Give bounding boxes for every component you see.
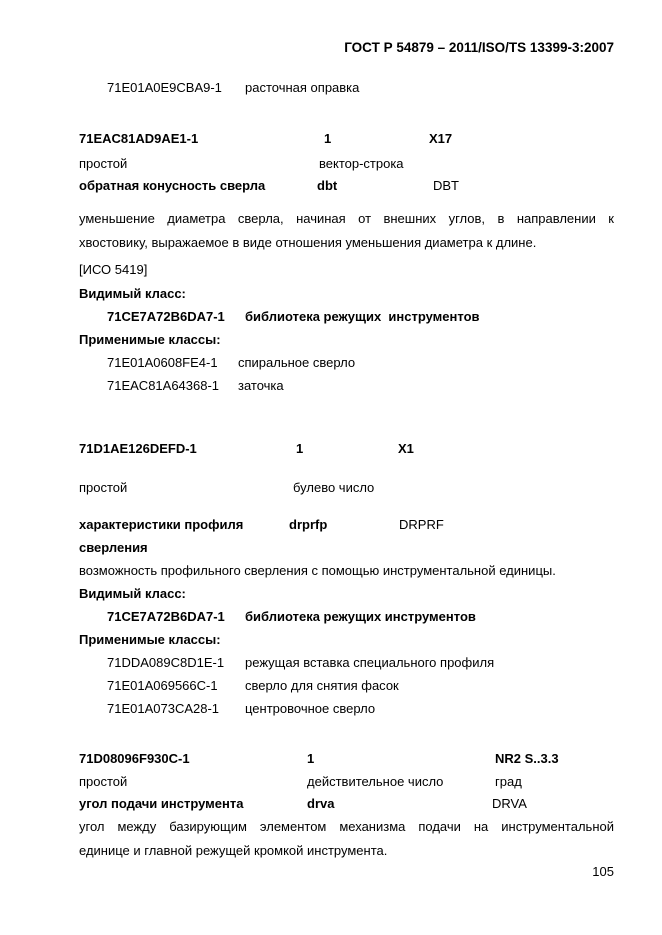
entry-definition: уменьшение диаметра сверла, начиная от в… bbox=[79, 207, 614, 255]
entry-short-name: DBT bbox=[433, 178, 459, 194]
visible-class-heading: Видимый класс: bbox=[79, 586, 186, 602]
entry-datatype: вектор-строка bbox=[319, 156, 404, 172]
entry-kind: простой bbox=[79, 774, 127, 790]
applicable-classes-heading: Применимые классы: bbox=[79, 332, 221, 348]
entry-short-name: DRVA bbox=[492, 796, 527, 812]
entry-kind: простой bbox=[79, 480, 127, 496]
entry-unit: град bbox=[495, 774, 522, 790]
entry-code: 71D1AE126DEFD-1 bbox=[79, 441, 197, 457]
applicable-class-code: 71E01A073CA28-1 bbox=[107, 701, 219, 717]
applicable-class-label: расточная оправка bbox=[245, 80, 359, 96]
visible-class-label: библиотека режущих инструментов bbox=[245, 309, 480, 325]
entry-kind: простой bbox=[79, 156, 127, 172]
entry-version: 1 bbox=[324, 131, 331, 147]
applicable-class-code: 71E01A0608FE4-1 bbox=[107, 355, 218, 371]
applicable-class-code: 71DDA089C8D1E-1 bbox=[107, 655, 224, 671]
applicable-class-label: режущая вставка специального профиля bbox=[245, 655, 494, 671]
entry-code: 71EAC81AD9AE1-1 bbox=[79, 131, 198, 147]
entry-symbol: drprfp bbox=[289, 517, 327, 533]
entry-short-name: DRPRF bbox=[399, 517, 444, 533]
entry-definition: угол между базирующим элементом механизм… bbox=[79, 815, 614, 863]
visible-class-code: 71CE7A72B6DA7-1 bbox=[107, 309, 225, 325]
entry-source: [ИСО 5419] bbox=[79, 262, 147, 278]
visible-class-code: 71CE7A72B6DA7-1 bbox=[107, 609, 225, 625]
entry-name: обратная конусность сверла bbox=[79, 178, 265, 194]
applicable-class-label: спиральное сверло bbox=[238, 355, 355, 371]
visible-class-heading: Видимый класс: bbox=[79, 286, 186, 302]
definition-line: уменьшение диаметра сверла, начиная от в… bbox=[79, 207, 614, 231]
entry-datatype: действительное число bbox=[307, 774, 443, 790]
entry-name-continued: сверления bbox=[79, 540, 148, 556]
definition-line: угол между базирующим элементом механизм… bbox=[79, 815, 614, 839]
entry-definition: возможность профильного сверления с помо… bbox=[79, 563, 556, 579]
definition-line: единице и главной режущей кромкой инстру… bbox=[79, 839, 614, 863]
entry-version: 1 bbox=[307, 751, 314, 767]
applicable-class-code: 71E01A0E9CBA9-1 bbox=[107, 80, 222, 96]
page-number: 105 bbox=[592, 864, 614, 880]
definition-line: хвостовику, выражаемое в виде отношения … bbox=[79, 231, 614, 255]
entry-symbol: drva bbox=[307, 796, 334, 812]
entry-datatype: булево число bbox=[293, 480, 374, 496]
applicable-classes-heading: Применимые классы: bbox=[79, 632, 221, 648]
visible-class-label: библиотека режущих инструментов bbox=[245, 609, 476, 625]
entry-format: X1 bbox=[398, 441, 414, 457]
applicable-class-label: заточка bbox=[238, 378, 284, 394]
applicable-class-code: 71EAC81A64368-1 bbox=[107, 378, 219, 394]
document-header: ГОСТ Р 54879 – 2011/ISO/TS 13399-3:2007 bbox=[344, 40, 614, 56]
entry-name: угол подачи инструмента bbox=[79, 796, 243, 812]
entry-format: NR2 S..3.3 bbox=[495, 751, 559, 767]
applicable-class-code: 71E01A069566C-1 bbox=[107, 678, 218, 694]
entry-version: 1 bbox=[296, 441, 303, 457]
entry-name: характеристики профиля bbox=[79, 517, 243, 533]
entry-symbol: dbt bbox=[317, 178, 337, 194]
applicable-class-label: сверло для снятия фасок bbox=[245, 678, 399, 694]
entry-format: X17 bbox=[429, 131, 452, 147]
entry-code: 71D08096F930C-1 bbox=[79, 751, 190, 767]
applicable-class-label: центровочное сверло bbox=[245, 701, 375, 717]
